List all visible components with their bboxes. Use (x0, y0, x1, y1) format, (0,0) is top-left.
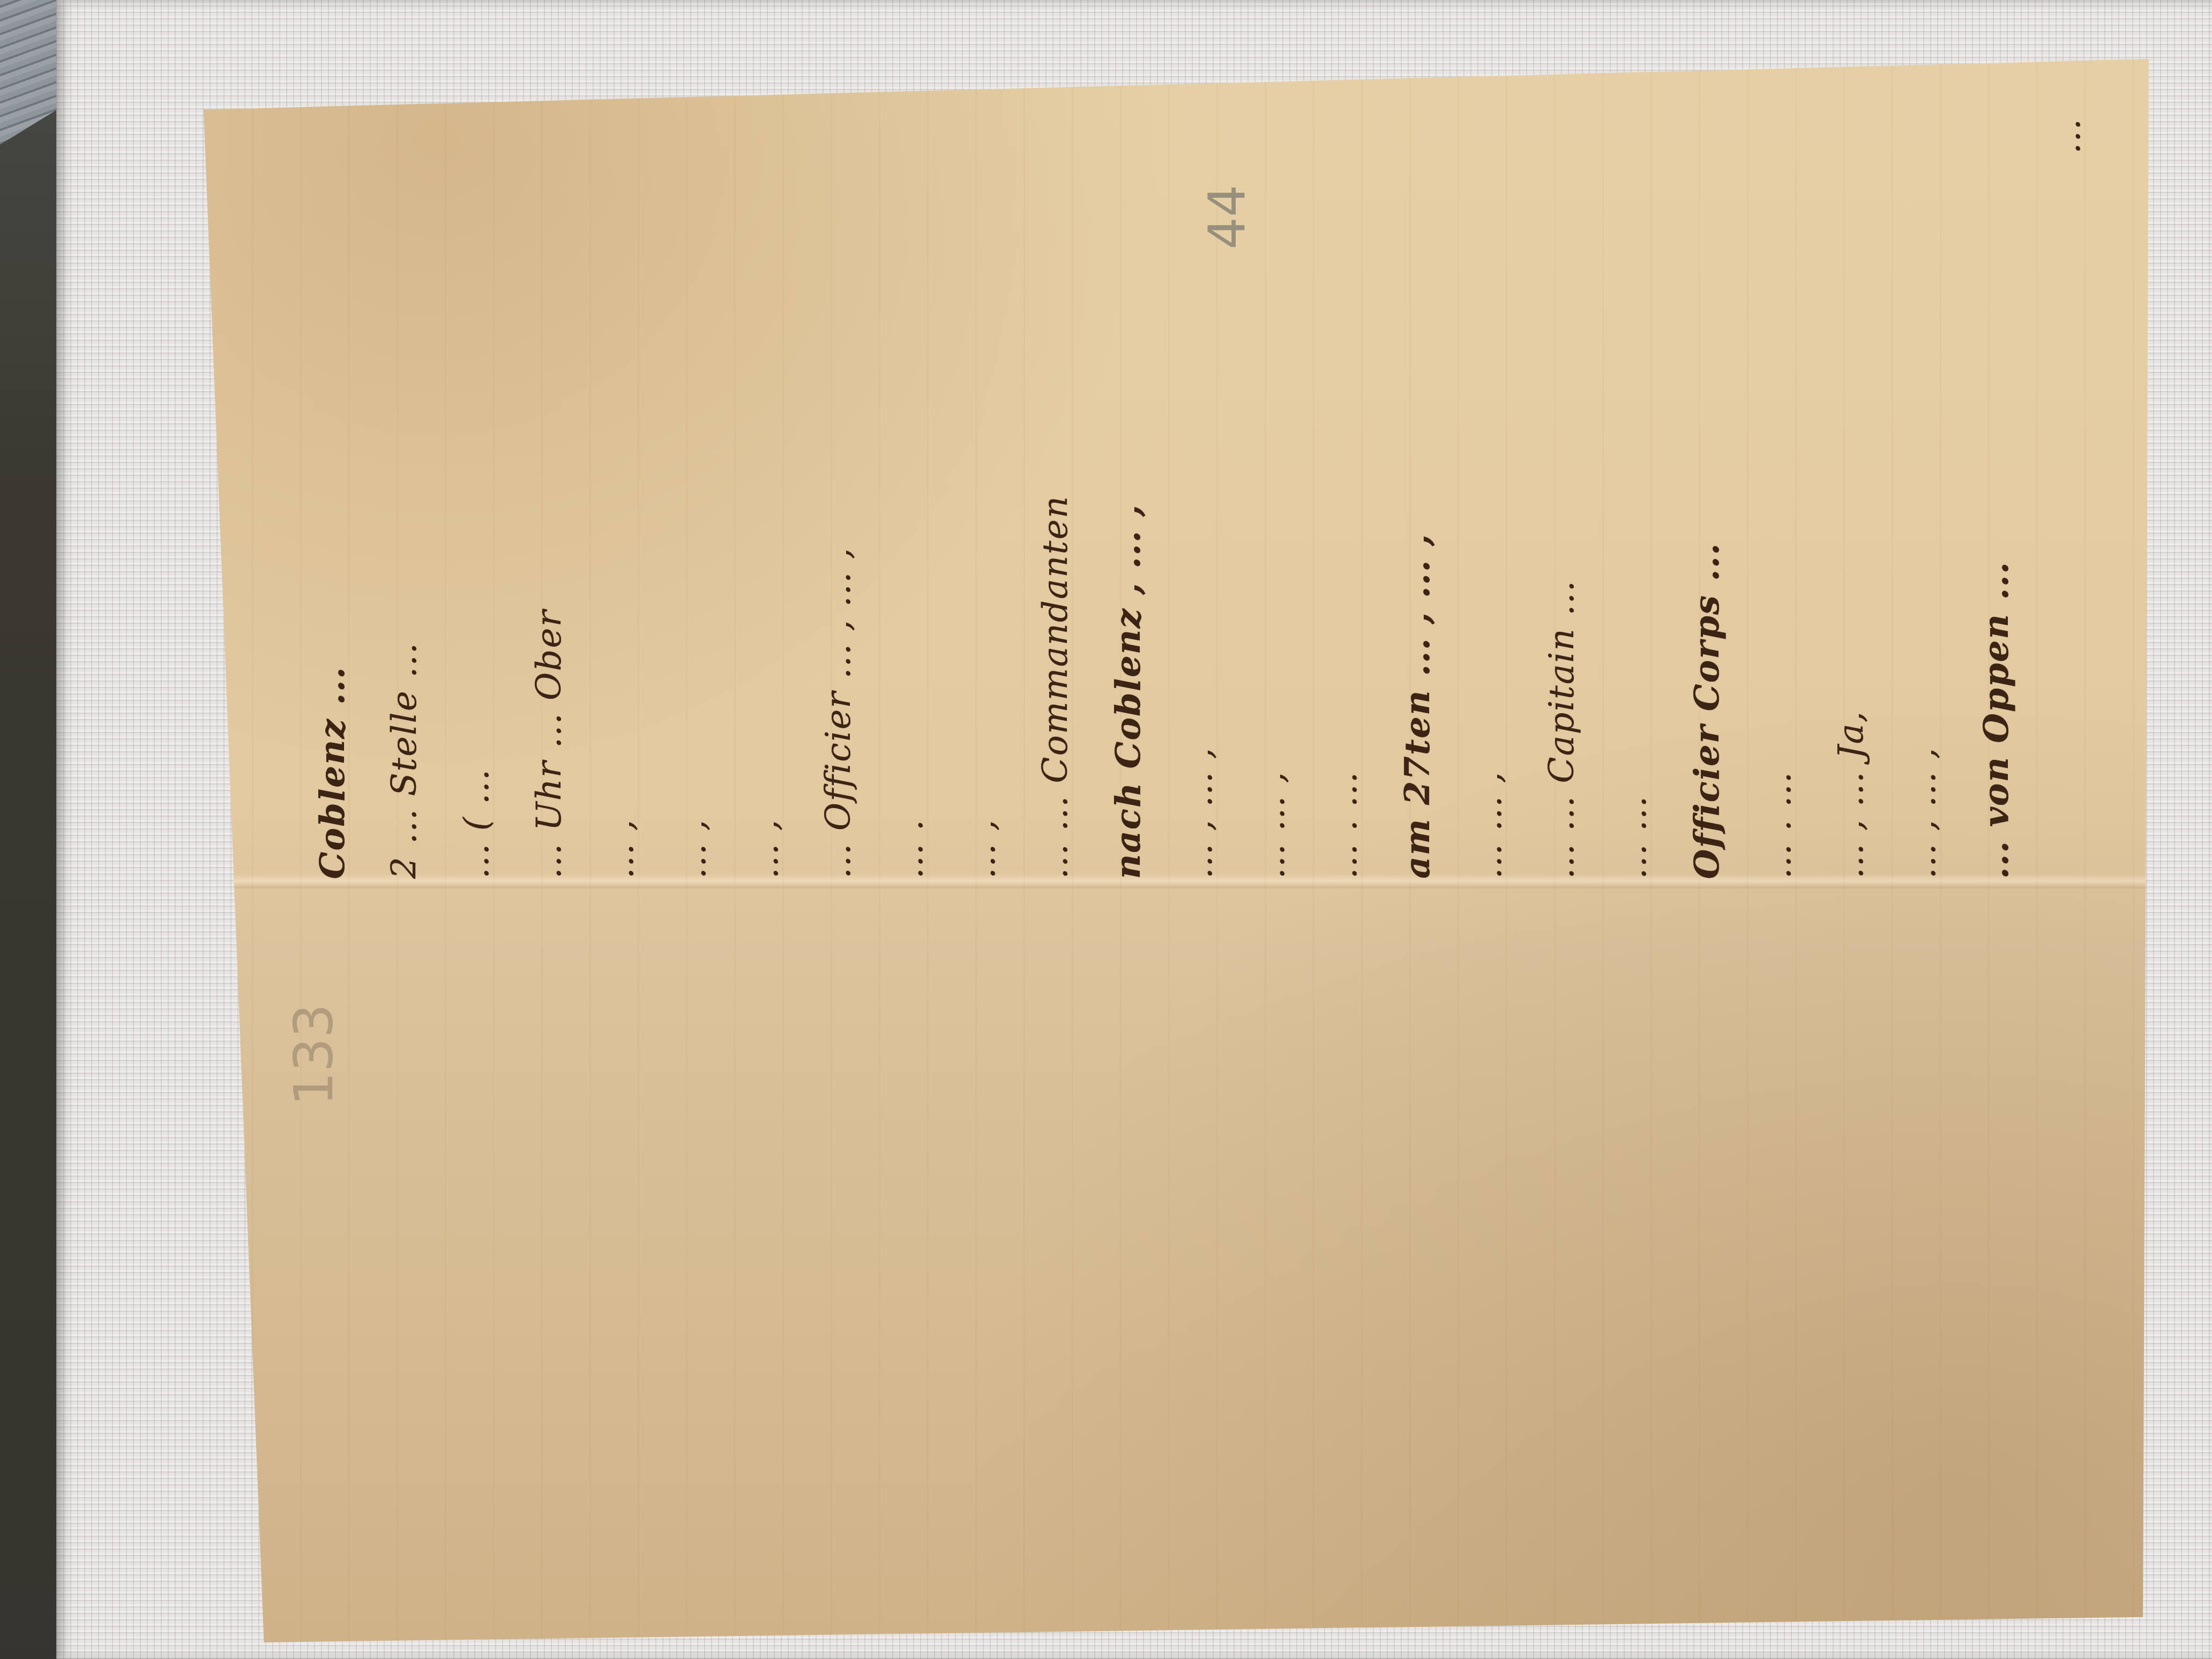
text-line: Coblenz ... (295, 118, 370, 879)
text-line: ... , (584, 118, 659, 879)
text-line: ... , (729, 118, 804, 879)
text-line: ... , ... , (1886, 118, 1961, 879)
folio-number: 44 (1198, 185, 1257, 250)
text-line: ... ... (1597, 118, 1672, 879)
text-line: ... , ... Ja, (1814, 118, 1889, 879)
text-line: ... , (946, 118, 1021, 879)
text-line: ... ... Capitain ... (1525, 118, 1600, 879)
text-line: ... . ... (1307, 118, 1382, 879)
text-line: ... Uhr ... Ober (512, 118, 587, 879)
text-line: nach Coblenz , ... , (1090, 118, 1165, 879)
paper-fold-line (204, 873, 2149, 888)
text-line: ... (2031, 118, 2106, 493)
letter-page: 44 133 Coblenz ... 2 ... Stelle ... ... … (204, 59, 2149, 1642)
text-line: ... ... , (1235, 118, 1310, 879)
text-line: ... ( ... (439, 118, 514, 879)
text-line: ... Officier ... , ... , (801, 118, 876, 879)
text-line: ... , (656, 118, 731, 879)
text-line: ... ... Commandanten (1018, 118, 1093, 879)
archive-pencil-number: 133 (282, 1004, 345, 1106)
text-line: am 27ten ... , ... , (1380, 118, 1455, 879)
text-line: ... . (873, 118, 948, 879)
text-line: 2 ... Stelle ... (367, 118, 442, 879)
text-line: ... . ... (1742, 118, 1817, 879)
handwritten-text-block: Coblenz ... 2 ... Stelle ... ... ( ... .… (295, 118, 2149, 879)
text-line: ... von Oppen ... (1959, 118, 2034, 879)
text-line: ... , ... , (1163, 118, 1238, 879)
text-line: Officier Corps ... (1669, 118, 1744, 879)
text-line: ... ... , (1452, 118, 1527, 879)
